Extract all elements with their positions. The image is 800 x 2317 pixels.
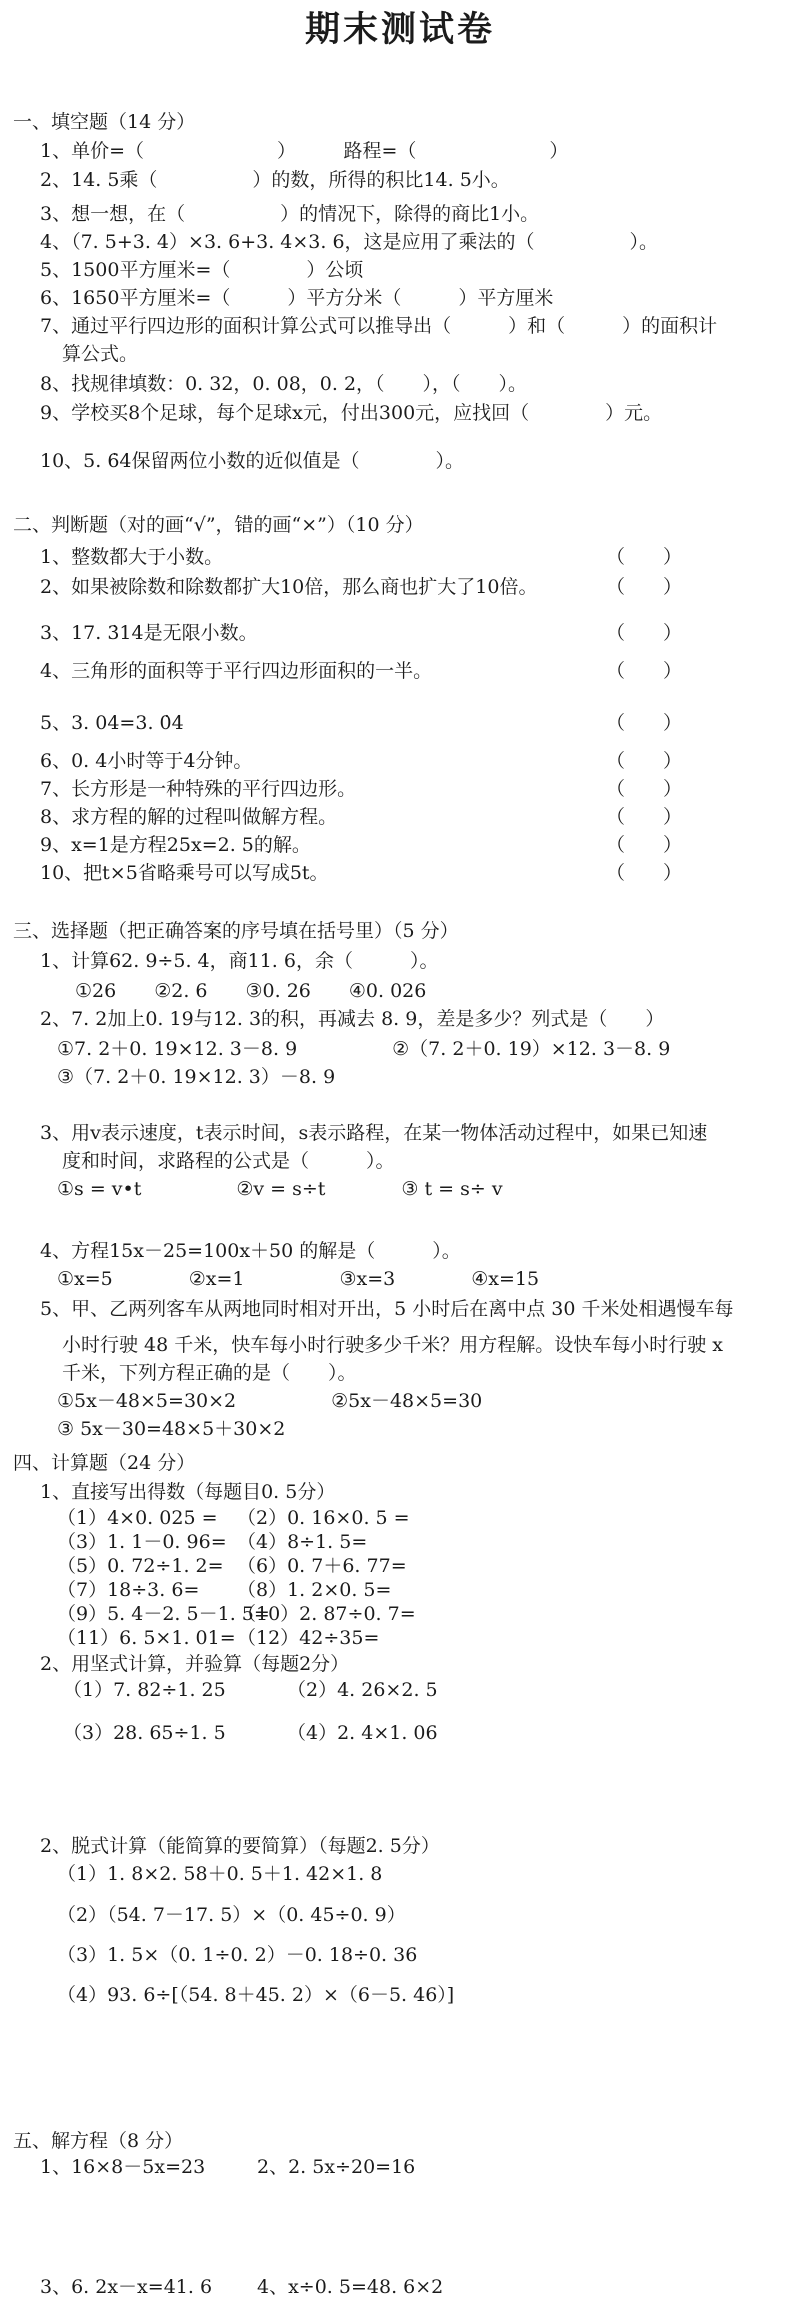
judge-q7: 7、长方形是一种特殊的平行四边形。（ ） (0, 775, 800, 803)
judge-q3: 3、17. 3̇14̇是无限小数。（ ） (0, 619, 800, 647)
section-5-heading: 五、解方程（8 分） (0, 2127, 800, 2155)
page-title: 期末测试卷 (0, 0, 800, 52)
mental-row-5-col-2: （10）2. 87÷0. 7= (237, 1603, 416, 1625)
vertical-row-2-col-2: （4）2. 4×1. 06 (287, 1722, 438, 1744)
judge-q3-answer-bracket: （ ） (606, 619, 682, 647)
judge-q8: 8、求方程的解的过程叫做解方程。（ ） (0, 803, 800, 831)
fill-q7-cont: 算公式。 (0, 340, 800, 368)
choice-q1-text: 1、计算62. 9÷5. 4，商11. 6，余（ ）。 (40, 950, 438, 972)
mental-row-3-col-2: （6）0. 7＋6. 77= (237, 1555, 407, 1577)
stepwise-q2: （2）（54. 7－17. 5）×（0. 45÷0. 9） (0, 1901, 800, 1929)
vertical-row-2: （3）28. 65÷1. 5（4）2. 4×1. 06 (0, 1721, 800, 1745)
equation-row-1-col-2: 2、2. 5x÷20=16 (257, 2156, 415, 2178)
judge-q5-answer-bracket: （ ） (606, 709, 682, 737)
mental-row-6: （11）6. 5×1. 01=（12）42÷35= (0, 1626, 800, 1650)
section-5-heading-text: 五、解方程（8 分） (13, 2130, 183, 2152)
choice-q1-options: ①26 ②2. 6 ③0. 26 ④0. 026 (0, 977, 800, 1005)
stepwise-q1: （1）1. 8×2. 58＋0. 5＋1. 42×1. 8 (0, 1860, 800, 1888)
mental-row-6-col-1: （11）6. 5×1. 01= (57, 1626, 237, 1650)
fill-q10-text: 10、5. 6̇4̇保留两位小数的近似值是（ ）。 (40, 450, 464, 472)
judge-q1-text: 1、整数都大于小数。 (40, 546, 223, 568)
mental-row-2: （3）1. 1－0. 96=（4）8÷1. 5= (0, 1530, 800, 1554)
fill-q2-text: 2、14. 5乘（ ）的数，所得的积比14. 5小。 (40, 169, 510, 191)
section-4-heading-text: 四、计算题（24 分） (13, 1452, 195, 1474)
choice-q5-line3-text: 千米，下列方程正确的是（ ）。 (62, 1362, 357, 1384)
vertical-row-2-col-1: （3）28. 65÷1. 5 (63, 1721, 287, 1745)
fill-q8-text: 8、找规律填数：0. 32，0. 08，0. 2，（ ），（ ）。 (40, 373, 527, 395)
calc-part2-heading: 2、用坚式计算，并验算（每题2分） (0, 1650, 800, 1678)
mental-row-3-col-1: （5）0. 72÷1. 2= (57, 1554, 237, 1578)
section-2-heading-text: 二、判断题（对的画“√”，错的画“×”）（10 分） (13, 514, 424, 536)
choice-q2-options-b: ③（7. 2＋0. 19×12. 3）－8. 9 (0, 1063, 800, 1091)
mental-row-1-col-1: （1）4×0. 025 = (57, 1506, 237, 1530)
equation-row-2: 3、6. 2x－x=41. 64、x÷0. 5=48. 6×2 (0, 2275, 800, 2299)
mental-row-6-col-2: （12）42÷35= (237, 1627, 379, 1649)
choice-q3-options-text: ①s = v•t ②v = s÷t ③ t = s÷ v (57, 1178, 503, 1200)
judge-q5: 5、3. 04=3. 0̇4̇（ ） (0, 709, 800, 737)
judge-q5-text: 5、3. 04=3. 0̇4̇ (40, 712, 184, 734)
section-2-heading: 二、判断题（对的画“√”，错的画“×”）（10 分） (0, 511, 800, 539)
equation-row-2-col-2: 4、x÷0. 5=48. 6×2 (257, 2276, 443, 2298)
choice-q2: 2、7. 2加上0. 19与12. 3的积，再减去 8. 9，差是多少？列式是（… (0, 1005, 800, 1033)
fill-q7-text: 7、通过平行四边形的面积计算公式可以推导出（ ）和（ ）的面积计 (40, 315, 717, 337)
fill-q6-text: 6、1650平方厘米=（ ）平方分米（ ）平方厘米 (40, 287, 553, 309)
judge-q10: 10、把t×5省略乘号可以写成5t。（ ） (0, 859, 800, 887)
choice-q2-options-a-text: ①7. 2＋0. 19×12. 3－8. 9 ②（7. 2＋0. 19）×12.… (57, 1038, 670, 1060)
choice-q4: 4、方程15x－25=100x＋50 的解是（ ）。 (0, 1237, 800, 1265)
stepwise-q1-text: （1）1. 8×2. 58＋0. 5＋1. 42×1. 8 (57, 1863, 382, 1885)
fill-q2: 2、14. 5乘（ ）的数，所得的积比14. 5小。 (0, 166, 800, 194)
choice-q5-line1: 5、甲、乙两列客车从两地同时相对开出，5 小时后在离中点 30 千米处相遇慢车每 (0, 1295, 800, 1323)
choice-q1-options-text: ①26 ②2. 6 ③0. 26 ④0. 026 (75, 980, 426, 1002)
judge-q4: 4、三角形的面积等于平行四边形面积的一半。（ ） (0, 657, 800, 685)
judge-q9-answer-bracket: （ ） (606, 831, 682, 859)
judge-q10-text: 10、把t×5省略乘号可以写成5t。 (40, 862, 329, 884)
choice-q4-options: ①x=5 ②x=1 ③x=3 ④x=15 (0, 1265, 800, 1293)
choice-q5-line2-text: 小时行驶 48 千米，快车每小时行驶多少千米？用方程解。设快车每小时行驶 x (62, 1334, 723, 1356)
choice-q5-line2: 小时行驶 48 千米，快车每小时行驶多少千米？用方程解。设快车每小时行驶 x (0, 1331, 800, 1359)
fill-q8: 8、找规律填数：0. 32，0. 08，0. 2，（ ），（ ）。 (0, 370, 800, 398)
mental-row-2-col-1: （3）1. 1－0. 96= (57, 1530, 237, 1554)
stepwise-q4: （4）93. 6÷[（54. 8＋45. 2）×（6－5. 46）] (0, 1981, 800, 2009)
mental-row-5-col-1: （9）5. 4－2. 5－1. 5= (57, 1602, 237, 1626)
choice-q2-options-a: ①7. 2＋0. 19×12. 3－8. 9 ②（7. 2＋0. 19）×12.… (0, 1035, 800, 1063)
calc-part1-heading: 1、直接写出得数（每题目0. 5分） (0, 1478, 800, 1506)
mental-row-4-col-1: （7）18÷3. 6= (57, 1578, 237, 1602)
judge-q9-text: 9、x=1是方程25x=2. 5的解。 (40, 834, 311, 856)
calc-part2-heading-text: 2、用坚式计算，并验算（每题2分） (40, 1653, 349, 1675)
fill-q4: 4、（7. 5+3. 4）×3. 6+3. 4×3. 6，这是应用了乘法的（ ）… (0, 228, 800, 256)
equation-row-2-col-1: 3、6. 2x－x=41. 6 (40, 2275, 257, 2299)
judge-q6: 6、0. 4小时等于4分钟。（ ） (0, 747, 800, 775)
choice-q5-options-a: ①5x－48×5=30×2 ②5x－48×5=30 (0, 1387, 800, 1415)
choice-q2-text: 2、7. 2加上0. 19与12. 3的积，再减去 8. 9，差是多少？列式是（… (40, 1008, 664, 1030)
calc-part3-heading: 2、脱式计算（能简算的要简算）（每题2. 5分） (0, 1832, 800, 1860)
judge-q2-answer-bracket: （ ） (606, 573, 682, 601)
vertical-row-1: （1）7. 82÷1. 25（2）4. 26×2. 5 (0, 1678, 800, 1702)
judge-q1-answer-bracket: （ ） (606, 543, 682, 571)
stepwise-q4-text: （4）93. 6÷[（54. 8＋45. 2）×（6－5. 46）] (57, 1984, 454, 2006)
choice-q3-line2-text: 度和时间，求路程的公式是（ ）。 (62, 1150, 395, 1172)
choice-q3-options: ①s = v•t ②v = s÷t ③ t = s÷ v (0, 1175, 800, 1203)
equation-row-1-col-1: 1、16×8－5x=23 (40, 2155, 257, 2179)
calc-part1-heading-text: 1、直接写出得数（每题目0. 5分） (40, 1481, 335, 1503)
choice-q5-line1-text: 5、甲、乙两列客车从两地同时相对开出，5 小时后在离中点 30 千米处相遇慢车每 (40, 1298, 733, 1320)
judge-q2: 2、如果被除数和除数都扩大10倍，那么商也扩大了10倍。（ ） (0, 573, 800, 601)
fill-q1: 1、单价=（ ） 路程=（ ） (0, 137, 800, 165)
mental-row-3: （5）0. 72÷1. 2=（6）0. 7＋6. 77= (0, 1554, 800, 1578)
stepwise-q2-text: （2）（54. 7－17. 5）×（0. 45÷0. 9） (57, 1904, 406, 1926)
judge-q3-text: 3、17. 3̇14̇是无限小数。 (40, 622, 258, 644)
fill-q5: 5、1500平方厘米=（ ）公顷 (0, 256, 800, 284)
choice-q2-options-b-text: ③（7. 2＋0. 19×12. 3）－8. 9 (57, 1066, 335, 1088)
section-4-heading: 四、计算题（24 分） (0, 1449, 800, 1477)
judge-q10-answer-bracket: （ ） (606, 859, 682, 887)
mental-row-4: （7）18÷3. 6=（8）1. 2×0. 5= (0, 1578, 800, 1602)
fill-q3-text: 3、想一想，在（ ）的情况下，除得的商比1小。 (40, 203, 539, 225)
fill-q9: 9、学校买8个足球，每个足球x元，付出300元，应找回（ ）元。 (0, 399, 800, 427)
judge-q6-answer-bracket: （ ） (606, 747, 682, 775)
judge-q2-text: 2、如果被除数和除数都扩大10倍，那么商也扩大了10倍。 (40, 576, 537, 598)
test-paper-page: 期末测试卷 一、填空题（14 分）1、单价=（ ） 路程=（ ）2、14. 5乘… (0, 0, 800, 2317)
fill-q7-cont-text: 算公式。 (62, 343, 138, 365)
document-body: 一、填空题（14 分）1、单价=（ ） 路程=（ ）2、14. 5乘（ ）的数，… (0, 108, 800, 2299)
judge-q6-text: 6、0. 4小时等于4分钟。 (40, 750, 252, 772)
mental-row-1: （1）4×0. 025 =（2）0. 16×0. 5 = (0, 1506, 800, 1530)
choice-q3-line2: 度和时间，求路程的公式是（ ）。 (0, 1147, 800, 1175)
section-3-heading: 三、选择题（把正确答案的序号填在括号里）（5 分） (0, 917, 800, 945)
choice-q5-options-b-text: ③ 5x－30=48×5＋30×2 (57, 1418, 285, 1440)
fill-q10: 10、5. 6̇4̇保留两位小数的近似值是（ ）。 (0, 447, 800, 475)
judge-q8-text: 8、求方程的解的过程叫做解方程。 (40, 806, 337, 828)
mental-row-5: （9）5. 4－2. 5－1. 5=（10）2. 87÷0. 7= (0, 1602, 800, 1626)
section-1-heading-text: 一、填空题（14 分） (13, 111, 195, 133)
fill-q9-text: 9、学校买8个足球，每个足球x元，付出300元，应找回（ ）元。 (40, 402, 662, 424)
fill-q4-text: 4、（7. 5+3. 4）×3. 6+3. 4×3. 6，这是应用了乘法的（ ）… (40, 231, 658, 253)
fill-q1-text: 1、单价=（ ） 路程=（ ） (40, 140, 568, 162)
section-3-heading-text: 三、选择题（把正确答案的序号填在括号里）（5 分） (13, 920, 459, 942)
judge-q4-text: 4、三角形的面积等于平行四边形面积的一半。 (40, 660, 432, 682)
stepwise-q3-text: （3）1. 5×（0. 1÷0. 2）－0. 18÷0. 36 (57, 1944, 417, 1966)
judge-q4-answer-bracket: （ ） (606, 657, 682, 685)
judge-q7-text: 7、长方形是一种特殊的平行四边形。 (40, 778, 356, 800)
judge-q9: 9、x=1是方程25x=2. 5的解。（ ） (0, 831, 800, 859)
mental-row-1-col-2: （2）0. 16×0. 5 = (237, 1507, 410, 1529)
choice-q5-line3: 千米，下列方程正确的是（ ）。 (0, 1359, 800, 1387)
stepwise-q3: （3）1. 5×（0. 1÷0. 2）－0. 18÷0. 36 (0, 1941, 800, 1969)
choice-q4-options-text: ①x=5 ②x=1 ③x=3 ④x=15 (57, 1268, 539, 1290)
fill-q7: 7、通过平行四边形的面积计算公式可以推导出（ ）和（ ）的面积计 (0, 312, 800, 340)
choice-q5-options-b: ③ 5x－30=48×5＋30×2 (0, 1415, 800, 1443)
section-1-heading: 一、填空题（14 分） (0, 108, 800, 136)
vertical-row-1-col-2: （2）4. 26×2. 5 (287, 1679, 438, 1701)
mental-row-2-col-2: （4）8÷1. 5= (237, 1531, 367, 1553)
fill-q3: 3、想一想，在（ ）的情况下，除得的商比1小。 (0, 200, 800, 228)
fill-q5-text: 5、1500平方厘米=（ ）公顷 (40, 259, 363, 281)
choice-q3-line1: 3、用v表示速度，t表示时间，s表示路程，在某一物体活动过程中，如果已知速 (0, 1119, 800, 1147)
judge-q1: 1、整数都大于小数。（ ） (0, 543, 800, 571)
choice-q5-options-a-text: ①5x－48×5=30×2 ②5x－48×5=30 (57, 1390, 482, 1412)
equation-row-1: 1、16×8－5x=232、2. 5x÷20=16 (0, 2155, 800, 2179)
fill-q6: 6、1650平方厘米=（ ）平方分米（ ）平方厘米 (0, 284, 800, 312)
mental-row-4-col-2: （8）1. 2×0. 5= (237, 1579, 391, 1601)
judge-q8-answer-bracket: （ ） (606, 803, 682, 831)
vertical-row-1-col-1: （1）7. 82÷1. 25 (63, 1678, 287, 1702)
choice-q1: 1、计算62. 9÷5. 4，商11. 6，余（ ）。 (0, 947, 800, 975)
choice-q3-line1-text: 3、用v表示速度，t表示时间，s表示路程，在某一物体活动过程中，如果已知速 (40, 1122, 707, 1144)
judge-q7-answer-bracket: （ ） (606, 775, 682, 803)
calc-part3-heading-text: 2、脱式计算（能简算的要简算）（每题2. 5分） (40, 1835, 440, 1857)
choice-q4-text: 4、方程15x－25=100x＋50 的解是（ ）。 (40, 1240, 461, 1262)
